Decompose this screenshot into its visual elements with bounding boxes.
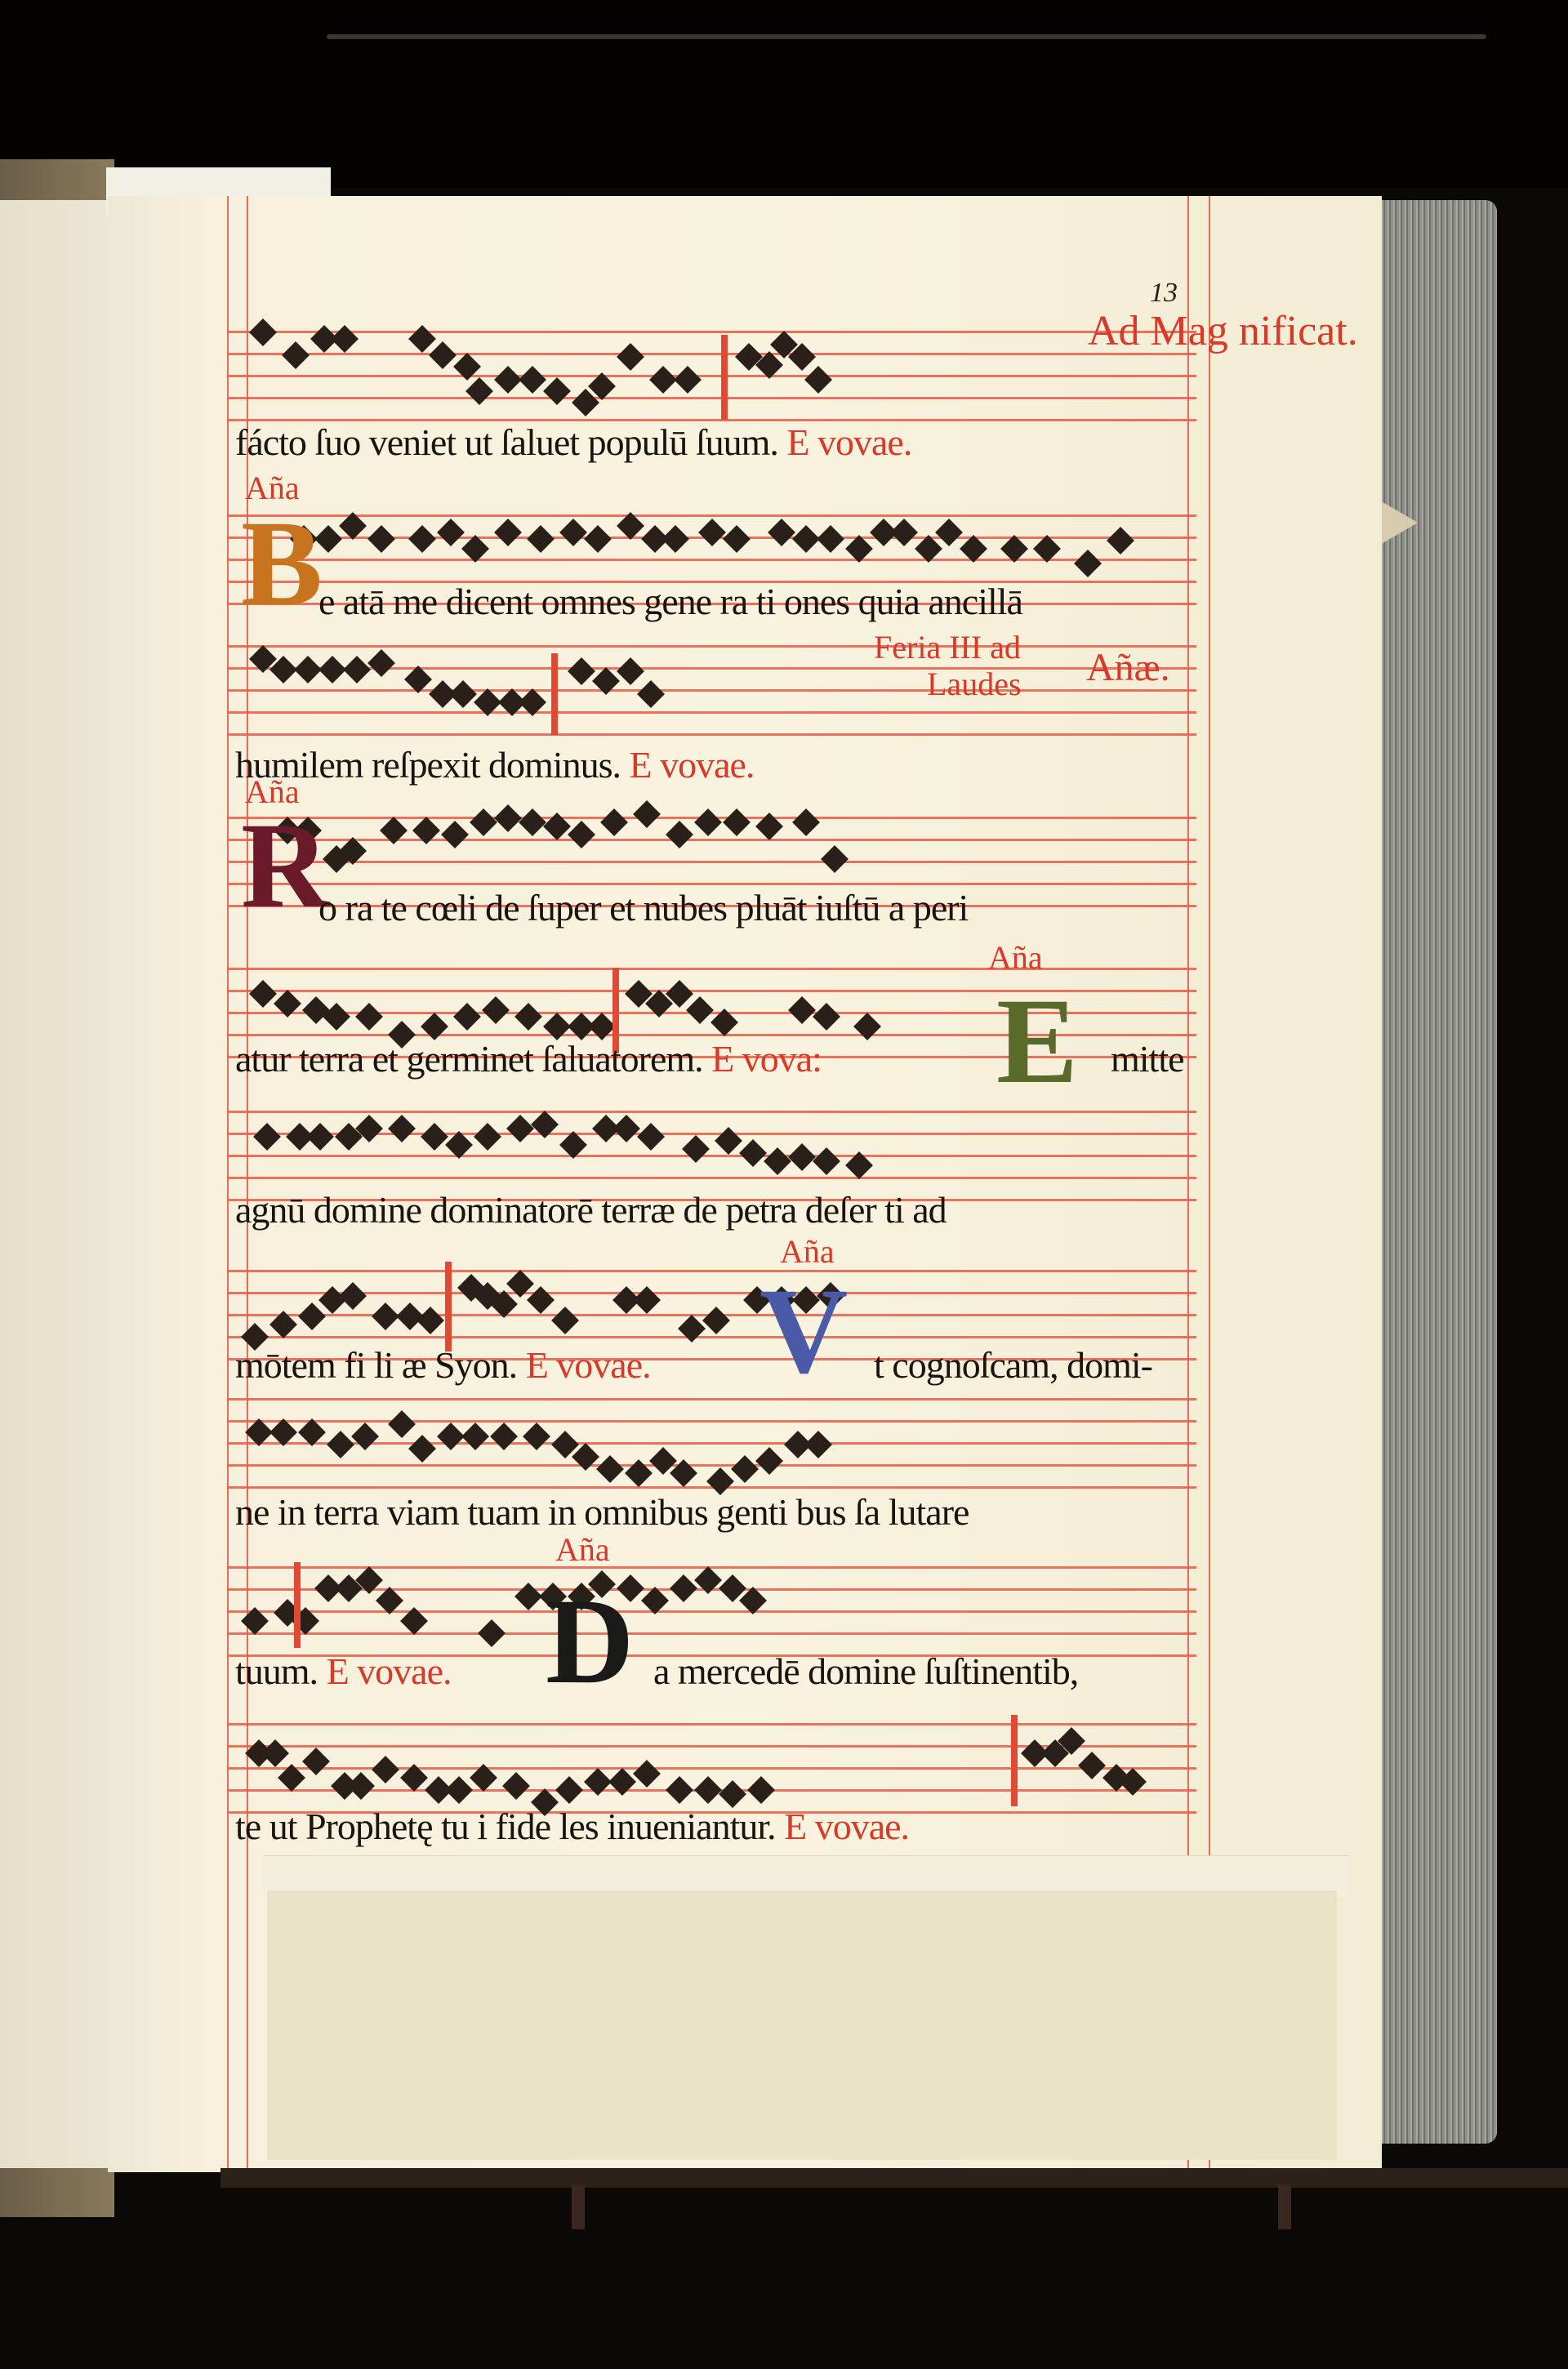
left-page (0, 200, 110, 2168)
rubric-ana: Aña (555, 1535, 610, 1565)
initial-d: D (546, 1580, 634, 1703)
page-edges (1368, 200, 1497, 2144)
book-support-ledge (220, 2168, 1568, 2188)
staff-9 (229, 1566, 1196, 1658)
lyric-line-10: te ut Prophetę tu i fide les inueniantur… (235, 1805, 909, 1848)
lyric-line-3: humilem reſpexit dominus. E vovae. (235, 743, 754, 786)
staff-1 (229, 331, 1196, 422)
page-tab-marker (1379, 500, 1418, 545)
initial-v: V (759, 1270, 848, 1392)
lyric-line-8: ne in terra viam tuam in omnibus genti b… (235, 1490, 969, 1534)
initial-e: E (996, 980, 1078, 1102)
rubric-ad-magnificat: Ad Mag nificat. (1088, 317, 1358, 346)
support-peg (1278, 2184, 1291, 2229)
lyric-line-5: atur terra et germinet ſaluatorem. E vov… (235, 1037, 822, 1080)
initial-b: B (241, 502, 323, 625)
shelf-edge (327, 34, 1486, 39)
lyric-line-2: e atā me dicent omnes gene ra ti ones qu… (318, 580, 1022, 623)
staff-8 (229, 1398, 1196, 1490)
staff-3 (229, 645, 1196, 737)
lyric-line-7: mōtem fi li æ Syon. E vovae. (235, 1343, 651, 1387)
rubric-feria-iii: Feria III ad (874, 633, 1021, 662)
lyric-cognoscam: t cognoſcam, domi- (874, 1343, 1152, 1387)
dark-background-top (0, 0, 1568, 188)
folio-number: 13 (1150, 278, 1178, 309)
lyric-line-9: tuum. E vovae. (235, 1650, 452, 1693)
lyric-line-6: agnū domine dominatorē terræ de petra de… (235, 1188, 947, 1231)
lyric-mitte: mitte (1111, 1037, 1184, 1080)
lyric-line-4: o ra te cœli de ſuper et nubes pluāt iuſ… (318, 886, 968, 929)
blank-lower-page-area (265, 1890, 1337, 2160)
staff-10 (229, 1723, 1196, 1815)
initial-r: R (241, 804, 329, 927)
rubric-ana: Aña (988, 943, 1043, 973)
rubric-ana: Aña (780, 1237, 835, 1267)
rubric-anae: Añæ. (1086, 653, 1170, 683)
lyric-da-mercedem: a mercedē domine ſuſtinentib, (653, 1650, 1078, 1693)
lyric-line-1: fácto ſuo veniet ut ſaluet populū ſuum. … (235, 421, 911, 464)
support-peg (572, 2184, 585, 2229)
rubric-laudes: Laudes (927, 670, 1022, 699)
